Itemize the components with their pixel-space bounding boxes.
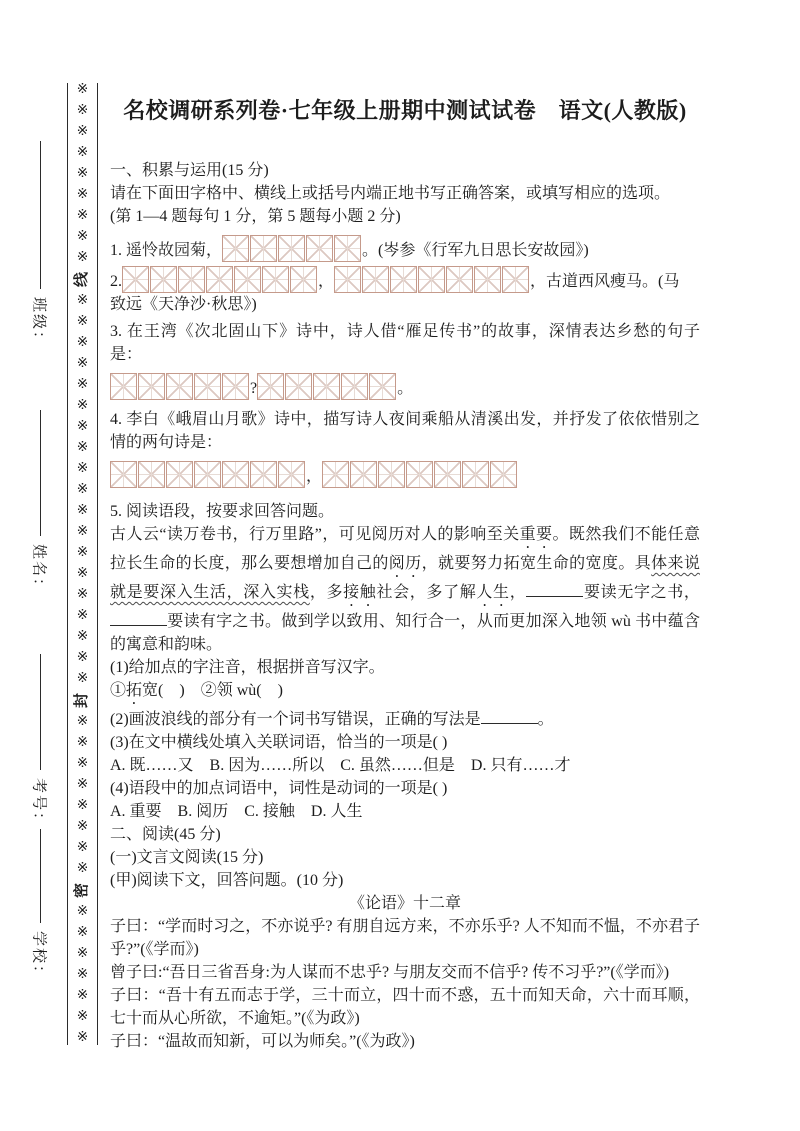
- tianzige-box: [194, 373, 221, 400]
- tianzige-box: [138, 461, 165, 488]
- seal-line-column: ※※※※※※※※※线※※※※※※※※※※※※※※※※※※※封※※※※※※※※密※…: [67, 83, 98, 1045]
- seal-symbol: ※: [77, 167, 89, 181]
- question4-separator: ，: [306, 466, 322, 488]
- seal-symbol: ※: [77, 778, 89, 792]
- text-segment: (2)画波浪线的部分有一个词书写错误，正确的写法是: [110, 711, 481, 728]
- question5-paragraph: 古人云“读万卷书，行万里路”，可见阅历对人的影响至关重要。既然我们不能任意拉长生…: [110, 523, 700, 656]
- seal-symbol: ※: [77, 188, 89, 202]
- question2-separator: ，: [318, 271, 334, 293]
- text-segment: 要读无字之书，: [583, 584, 700, 601]
- question3-grid-b: [257, 373, 397, 400]
- seal-symbol: ※: [77, 462, 89, 476]
- question2-number: 2.: [110, 271, 122, 293]
- exam-page: 班级： 姓名： 考号： 学校： ※※※※※※※※※线※※※※※※※※※※※※※※…: [0, 0, 800, 1131]
- question4-row: ，: [110, 461, 700, 488]
- passage-paragraph-3: 子曰：“吾十有五而志于学，三十而立，四十而不惑，五十而知天命，六十而耳顺，七十而…: [110, 984, 700, 1030]
- question5-sub1-items: ①拓宽( ) ②领 wù( ): [110, 679, 700, 708]
- seal-symbol: ※: [77, 83, 89, 97]
- question3-text: 3. 在王湾《次北固山下》诗中，诗人借“雁足传书”的故事，深情表达乡愁的句子是：: [110, 320, 700, 366]
- seal-symbol: ※: [77, 926, 89, 940]
- fill-in-blank: [110, 611, 167, 626]
- question2-source: 致远《天净沙·秋思》): [110, 293, 700, 316]
- examno-field-label: 考号：: [30, 778, 51, 829]
- page-title: 名校调研系列卷·七年级上册期中测试试卷 语文(人教版): [110, 96, 700, 126]
- question5-sub4: (4)语段中的加点词语中，词性是动词的一项是( ): [110, 777, 700, 800]
- tianzige-box: [322, 461, 349, 488]
- question4-grid-b: [322, 461, 518, 488]
- seal-symbol: ※: [77, 736, 89, 750]
- tianzige-box: [285, 373, 312, 400]
- tianzige-box: [250, 235, 277, 262]
- seal-symbol: ※: [77, 125, 89, 139]
- examno-blank-line: [40, 654, 41, 770]
- question5-sub3-options: A. 既……又 B. 因为……所以 C. 虽然……但是 D. 只有……才: [110, 754, 700, 777]
- text-segment: 社会，多了解: [376, 584, 476, 601]
- school-field-label: 学校：: [30, 931, 51, 982]
- seal-symbol: ※: [77, 820, 89, 834]
- tianzige-box: [250, 461, 277, 488]
- tianzige-box: [390, 266, 417, 293]
- school-blank-line: [40, 829, 41, 923]
- seal-symbol: ※: [77, 651, 89, 665]
- seal-symbol: ※: [77, 104, 89, 118]
- section2-instruction: (甲)阅读下文，回答问题。(10 分): [110, 869, 700, 892]
- text-segment: 。: [538, 711, 554, 728]
- seal-symbol: ※: [77, 715, 89, 729]
- seal-symbol: ※: [77, 504, 89, 518]
- passage-paragraph-4: 子曰：“温故而知新，可以为师矣。”(《为政》): [110, 1030, 700, 1053]
- seal-symbol: ※: [77, 799, 89, 813]
- seal-symbol: ※: [77, 546, 89, 560]
- text-segment: ，多: [310, 584, 343, 601]
- question5-sub2: (2)画波浪线的部分有一个词书写错误，正确的写法是。: [110, 708, 700, 731]
- text-segment: 要读有字之书。做到学以致用、知行合一，从而更加深入地领 wù 书中蕴含的寓意和韵…: [110, 613, 700, 653]
- tianzige-box: [166, 461, 193, 488]
- question2-grid-b: [334, 266, 530, 293]
- tianzige-box: [194, 461, 221, 488]
- question1-text: 1. 遥怜故园菊，: [110, 240, 222, 262]
- seal-symbol: ※: [77, 1031, 89, 1045]
- seal-symbol: ※: [77, 757, 89, 771]
- passage-paragraph-1: 子曰：“学而时习之，不亦说乎? 有朋自远方来，不亦乐乎? 人不知而不愠，不亦君子…: [110, 915, 700, 961]
- tianzige-box: [257, 373, 284, 400]
- seal-symbol: ※: [77, 841, 89, 855]
- question1-row: 1. 遥怜故园菊， 。(岑参《行军九日思长安故园》): [110, 235, 700, 262]
- seal-symbol: ※: [77, 146, 89, 160]
- question3-grid-a: [110, 373, 250, 400]
- seal-symbol: ※: [77, 947, 89, 961]
- seal-word-char: 密: [75, 883, 90, 898]
- text-segment: ，就要努力拓宽生命的宽度。具: [422, 555, 652, 572]
- question4-text: 4. 李白《峨眉山月歌》诗中，描写诗人夜间乘船从清溪出发，并抒发了依依惜别之情的…: [110, 408, 700, 454]
- field-group-name: 姓名：: [24, 410, 56, 595]
- exam-content: 名校调研系列卷·七年级上册期中测试试卷 语文(人教版) 一、积累与运用(15 分…: [110, 0, 700, 1053]
- tianzige-box: [222, 235, 249, 262]
- text-segment: ①: [110, 682, 126, 699]
- tianzige-box: [234, 266, 261, 293]
- question4-grid-a: [110, 461, 306, 488]
- seal-symbol: ※: [77, 420, 89, 434]
- seal-symbol: ※: [77, 609, 89, 623]
- tianzige-box: [406, 461, 433, 488]
- seal-symbol: ※: [77, 209, 89, 223]
- tianzige-box: [350, 461, 377, 488]
- seal-symbol: ※: [77, 968, 89, 982]
- seal-symbol: ※: [77, 630, 89, 644]
- tianzige-box: [369, 373, 396, 400]
- tianzige-box: [306, 235, 333, 262]
- tianzige-box: [434, 461, 461, 488]
- section1-heading: 一、积累与运用(15 分): [110, 159, 700, 182]
- tianzige-box: [462, 461, 489, 488]
- seal-symbol: ※: [77, 989, 89, 1003]
- section1-intro: 请在下面田字格中、横线上或括号内端正地书写正确答案，或填写相应的选项。: [110, 182, 700, 205]
- tianzige-box: [341, 373, 368, 400]
- tianzige-box: [206, 266, 233, 293]
- tianzige-box: [110, 373, 137, 400]
- tianzige-box: [122, 266, 149, 293]
- tianzige-box: [334, 235, 361, 262]
- tianzige-box: [334, 266, 361, 293]
- tianzige-box: [502, 266, 529, 293]
- text-segment: 宽( ) ②领 wù( ): [142, 682, 283, 699]
- text-segment: 接触: [343, 584, 376, 601]
- fill-in-blank: [526, 582, 583, 597]
- tianzige-box: [446, 266, 473, 293]
- tianzige-box: [278, 461, 305, 488]
- tianzige-box: [222, 461, 249, 488]
- seal-symbol: ※: [77, 525, 89, 539]
- section2-sub-heading: (一)文言文阅读(15 分): [110, 846, 700, 869]
- question3-separator: ?: [250, 378, 257, 400]
- text-segment: 拓: [126, 682, 142, 699]
- question2-grid-a: [122, 266, 318, 293]
- seal-symbol: ※: [77, 1010, 89, 1024]
- tianzige-box: [378, 461, 405, 488]
- fill-in-blank: [481, 709, 538, 724]
- question1-grid: [222, 235, 362, 262]
- name-field-label: 姓名：: [30, 544, 51, 595]
- question5-sub4-options: A. 重要 B. 阅历 C. 接触 D. 人生: [110, 800, 700, 823]
- tianzige-box: [362, 266, 389, 293]
- tianzige-box: [166, 373, 193, 400]
- seal-symbol: ※: [77, 336, 89, 350]
- tianzige-box: [418, 266, 445, 293]
- seal-symbol: ※: [77, 905, 89, 919]
- seal-symbol: ※: [77, 567, 89, 581]
- question2-tail-text: ，古道西风瘦马。(马: [530, 271, 679, 293]
- seal-symbol: ※: [77, 441, 89, 455]
- question5-heading: 5. 阅读语段，按要求回答问题。: [110, 500, 700, 523]
- question5-sub3: (3)在文中横线处填入关联词语，恰当的一项是( ): [110, 731, 700, 754]
- seal-symbol: ※: [77, 862, 89, 876]
- class-blank-line: [40, 141, 41, 289]
- seal-symbol: ※: [77, 230, 89, 244]
- text-segment: 古人云“读万卷书，行万里路”，可见阅历对人的影响至关: [110, 526, 520, 543]
- seal-symbol: ※: [77, 483, 89, 497]
- seal-symbol: ※: [77, 378, 89, 392]
- tianzige-box: [222, 373, 249, 400]
- text-segment: ，: [510, 584, 527, 601]
- seal-symbol: ※: [77, 588, 89, 602]
- seal-symbol: ※: [77, 251, 89, 265]
- field-group-class: 班级：: [24, 141, 56, 348]
- field-group-examno: 考号：: [24, 654, 56, 829]
- seal-symbol: ※: [77, 315, 89, 329]
- section2-heading: 二、阅读(45 分): [110, 823, 700, 846]
- tianzige-box: [290, 266, 317, 293]
- tianzige-box: [262, 266, 289, 293]
- question3-row: ? 。: [110, 373, 700, 400]
- text-segment: 重要: [520, 526, 553, 543]
- tianzige-box: [178, 266, 205, 293]
- seal-word-char: 封: [75, 693, 90, 708]
- text-segment: 人生: [476, 584, 509, 601]
- tianzige-box: [278, 235, 305, 262]
- class-field-label: 班级：: [30, 297, 51, 348]
- question3-period: 。: [397, 378, 413, 400]
- question1-source: 。(岑参《行军九日思长安故园》): [362, 240, 589, 262]
- tianzige-box: [313, 373, 340, 400]
- passage-paragraph-2: 曾子曰:“吾日三省吾身:为人谋而不忠乎? 与朋友交而不信乎? 传不习乎?”(《学…: [110, 961, 700, 984]
- tianzige-box: [138, 373, 165, 400]
- seal-symbol: ※: [77, 294, 89, 308]
- tianzige-box: [110, 461, 137, 488]
- seal-word-char: 线: [75, 272, 90, 287]
- tianzige-box: [474, 266, 501, 293]
- name-blank-line: [40, 410, 41, 536]
- seal-symbol: ※: [77, 672, 89, 686]
- text-segment: 阅历: [389, 555, 422, 572]
- question5-sub1: (1)给加点的字注音，根据拼音写汉字。: [110, 656, 700, 679]
- tianzige-box: [150, 266, 177, 293]
- seal-symbol: ※: [77, 357, 89, 371]
- section1-scoring-note: (第 1—4 题每句 1 分，第 5 题每小题 2 分): [110, 205, 700, 228]
- question2-row: 2. ， ，古道西风瘦马。(马: [110, 266, 700, 293]
- tianzige-box: [490, 461, 517, 488]
- passage-title: 《论语》十二章: [110, 892, 700, 915]
- field-group-school: 学校：: [24, 829, 56, 982]
- seal-symbol: ※: [77, 399, 89, 413]
